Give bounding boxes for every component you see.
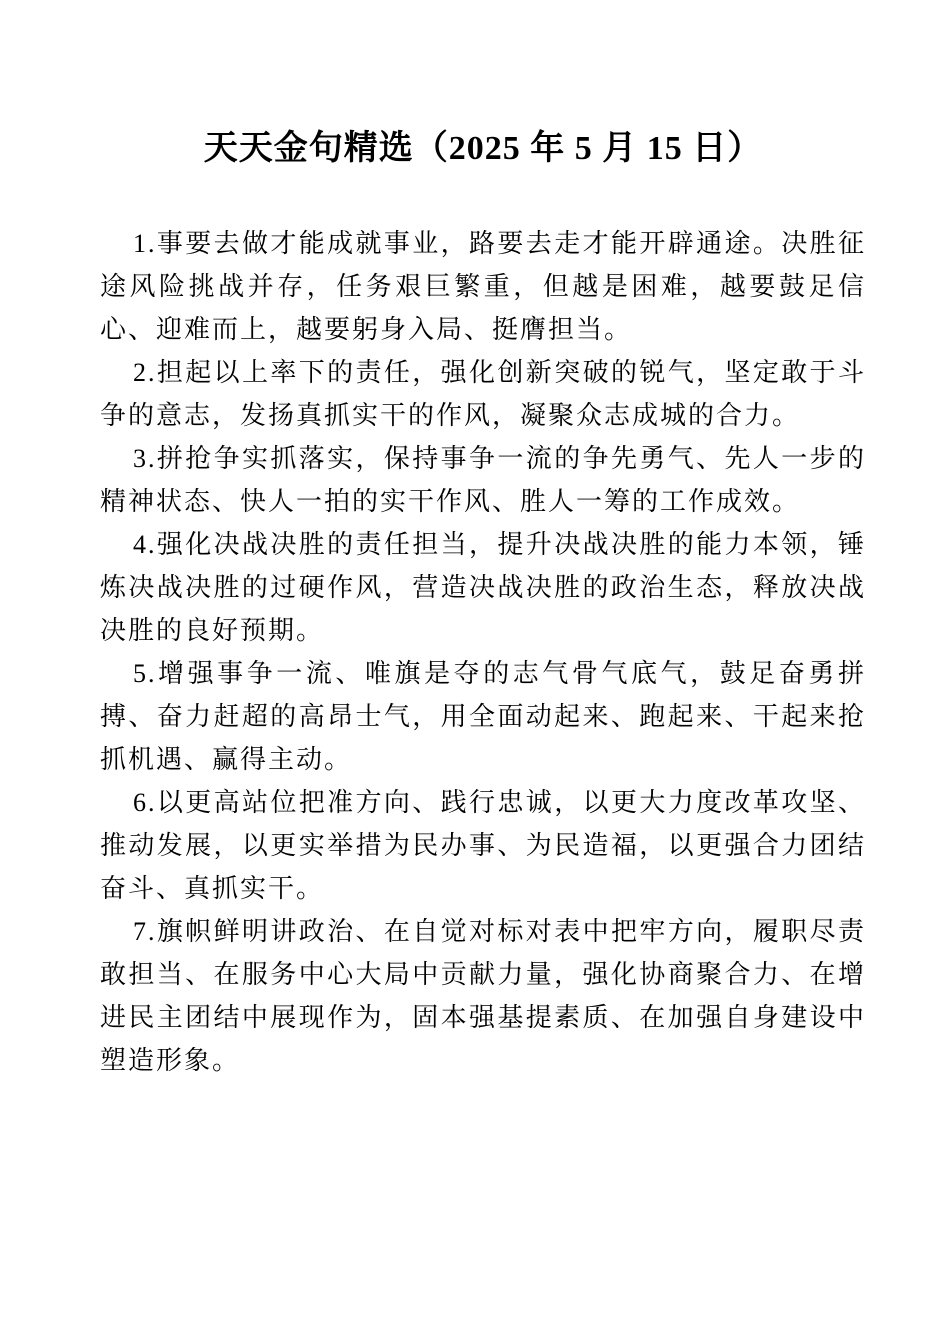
paragraph-4: 4.强化决战决胜的责任担当，提升决战决胜的能力本领，锤炼决战决胜的过硬作风，营造… <box>100 523 866 652</box>
paragraph-5: 5.增强事争一流、唯旗是夺的志气骨气底气，鼓足奋勇拼搏、奋力赶超的高昂士气，用全… <box>100 652 866 781</box>
paragraph-list: 1.事要去做才能成就事业，路要去走才能开辟通途。决胜征途风险挑战并存，任务艰巨繁… <box>100 222 866 1082</box>
paragraph-1: 1.事要去做才能成就事业，路要去走才能开辟通途。决胜征途风险挑战并存，任务艰巨繁… <box>100 222 866 351</box>
paragraph-2: 2.担起以上率下的责任，强化创新突破的锐气，坚定敢于斗争的意志，发扬真抓实干的作… <box>100 351 866 437</box>
paragraph-3: 3.拼抢争实抓落实，保持事争一流的争先勇气、先人一步的精神状态、快人一拍的实干作… <box>100 437 866 523</box>
paragraph-6: 6.以更高站位把准方向、践行忠诚，以更大力度改革攻坚、推动发展，以更实举措为民办… <box>100 781 866 910</box>
paragraph-7: 7.旗帜鲜明讲政治、在自觉对标对表中把牢方向，履职尽责敢担当、在服务中心大局中贡… <box>100 910 866 1082</box>
document-page: 天天金句精选（2025 年 5 月 15 日） 1.事要去做才能成就事业，路要去… <box>0 0 950 1344</box>
document-title: 天天金句精选（2025 年 5 月 15 日） <box>100 126 866 172</box>
